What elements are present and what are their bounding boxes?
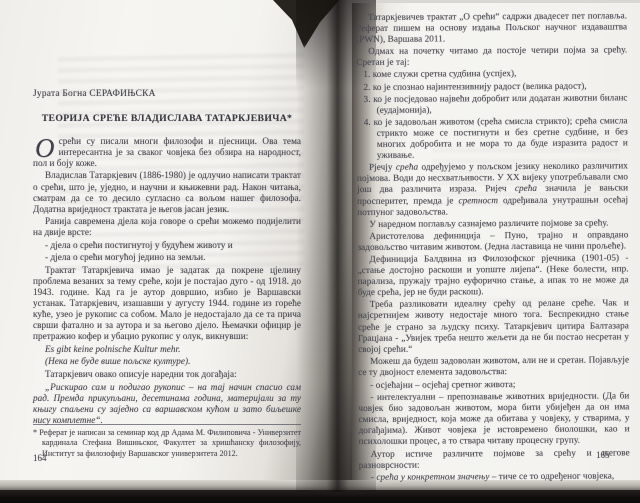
paragraph-four-notions: Одмах на почетку читамо да постоје четир…	[356, 45, 627, 69]
italic-term: срећа	[396, 162, 418, 172]
quote-manuscript-rescue: „Рискирао сам и подигао рукопис – на тај…	[33, 382, 301, 426]
page-number-right: 165	[596, 450, 610, 460]
paragraph-author-distinguishes: Аутор истиче различите појмове за срећу …	[359, 447, 630, 471]
left-page-text-column: Јурата Богна СЕРАФИЊСКА ТЕОРИЈА СРЕЋЕ ВЛ…	[33, 89, 301, 426]
list-item-text: коме служи сретна судбина (успјех),	[373, 68, 517, 79]
list-item-text: ко је задовољан животом (срећа смисла ст…	[374, 115, 628, 160]
paragraph-word-sreca: Рјечју срећа одређујемо у пољском језику…	[357, 161, 628, 218]
list-number: 4.	[364, 117, 371, 127]
list-item-4: 4. ко је задовољан животом (срећа смисла…	[357, 115, 628, 161]
drop-cap: О	[33, 136, 59, 158]
list-number: 2.	[363, 81, 370, 91]
bullet-concrete-meaning: - срећа у конкретном значењу – тиче се т…	[359, 471, 630, 484]
paragraph-intro-text: срећи су писали многи филозофи и пјесниц…	[33, 136, 301, 168]
paragraph-earlier-works: Ранија савремена дјела која говоре о сре…	[33, 216, 301, 238]
quote-translation: (Нека не буде више пољске културе).	[33, 356, 301, 367]
paragraph-ideal-vs-real: Треба разликовати идеалну срећу од релан…	[358, 298, 629, 355]
list-item-1: 1. коме служи сретна судбина (успјех),	[356, 68, 627, 81]
right-page-text-column: Татаркјевичев трактат „О срећи“ садржи д…	[356, 10, 630, 484]
author-name: Јурата Богна СЕРАФИЊСКА	[33, 89, 301, 100]
paragraph-tatarkjevich: Владислав Татаркјевич (1886-1980) је одл…	[33, 170, 301, 214]
list-number: 1.	[363, 69, 370, 79]
bullet-emotional: - осјећајни – осјећај сретног живота;	[358, 378, 629, 391]
paragraph-aristotle-definition: Аристотелова дефиниција – Пуно, трајно и…	[357, 229, 628, 253]
footnote-rule	[33, 424, 301, 425]
paragraph-next-chapter: У наредном поглављу сазнајемо различите …	[357, 217, 628, 230]
footnote-text: * Реферат је написан за семинар код др А…	[33, 428, 301, 459]
text-segment: Рјечју	[369, 162, 396, 172]
paragraph-baldwin-definition: Дефиниција Балдвина из Филозофског рјечн…	[357, 252, 628, 298]
italic-term: - срећа у конкретном значењу	[371, 471, 490, 482]
footnote-block: * Реферат је написан за семинар код др А…	[33, 424, 301, 459]
paragraph-describes-events: Татаркјевич овако описује наредни ток до…	[33, 369, 301, 380]
bullet-intellectual: - интелектуални – препознавање животних …	[358, 390, 629, 447]
paragraph-treatise-history: Трактат Татаркјевича имао је задатак да …	[33, 265, 301, 343]
list-number: 3.	[363, 94, 370, 104]
list-item-3: 3. ко је посједовао највећи добробит или…	[356, 92, 627, 116]
list-item-text: ко је спознао најинтензивнију радост (ве…	[373, 80, 587, 91]
italic-term: срећа	[515, 183, 537, 193]
paragraph-intro: Осрећи су писали многи филозофи и пјесни…	[33, 136, 301, 169]
paragraph-satisfied-not-happy: Можеш да будеш задоволан животом, али не…	[358, 354, 629, 378]
article-title: ТЕОРИЈА СРЕЋЕ ВЛАДИСЛАВА ТАТАРКЈЕВИЧА*	[33, 113, 301, 124]
quote-german: Es gibt keine polnische Kultur mehr.	[33, 344, 301, 355]
bullet-happiness-on-earth: - дјела о срећи могућој једино на земљи.	[33, 252, 301, 263]
list-item-2: 2. ко је спознао најинтензивнију радост …	[356, 80, 627, 93]
page-number-left: 164	[33, 453, 47, 463]
paragraph-treatise-contents: Татаркјевичев трактат „О срећи“ садржи д…	[356, 10, 627, 45]
italic-term: сретност	[458, 195, 498, 205]
bullet-happiness-future-life: - дјела о срећи постигнутој у будућем жи…	[33, 240, 301, 251]
text-segment: – тиче се то одређеног човјека,	[489, 471, 614, 482]
list-item-text: ко је посједовао највећи добробит или до…	[373, 92, 627, 115]
open-book-photo: Јурата Богна СЕРАФИЊСКА ТЕОРИЈА СРЕЋЕ ВЛ…	[0, 0, 640, 503]
